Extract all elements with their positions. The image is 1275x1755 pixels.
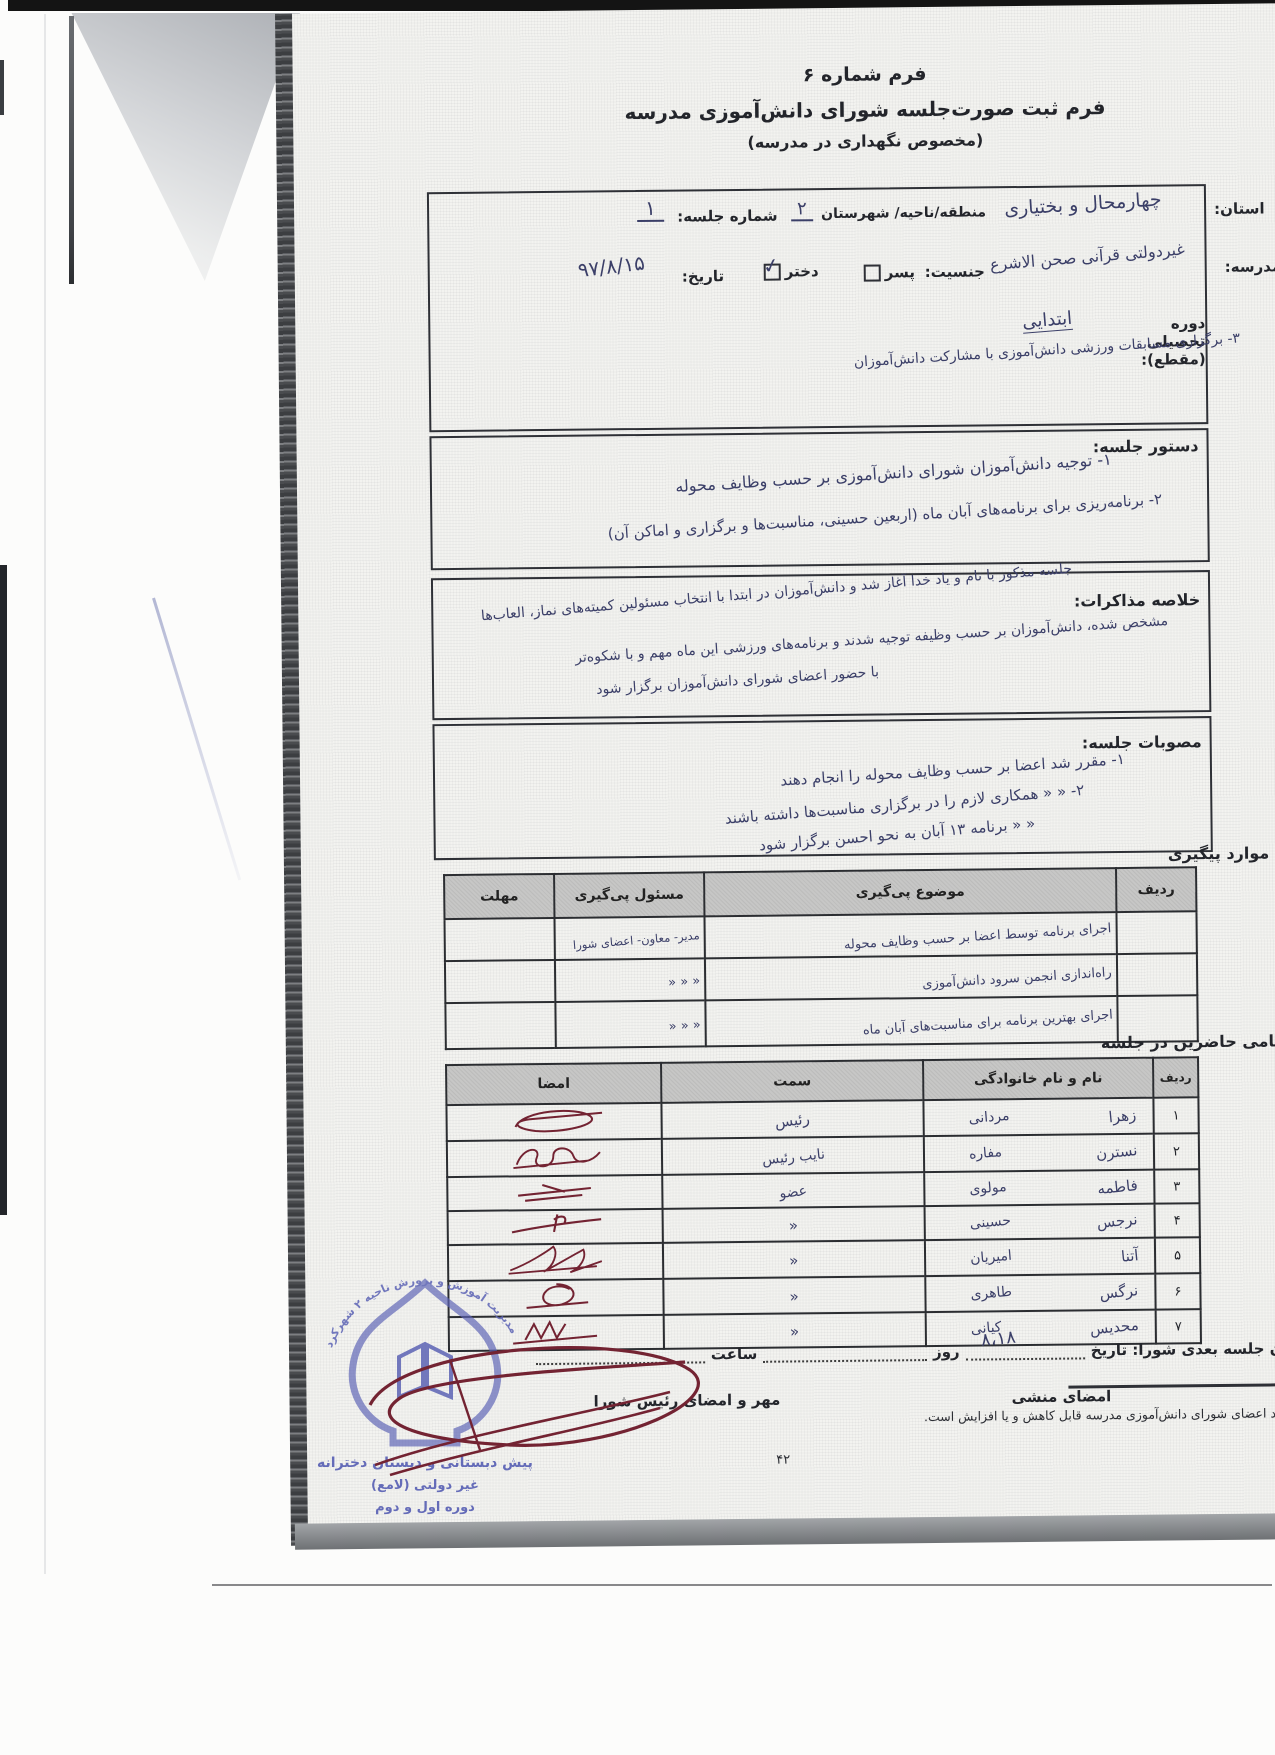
info-box: استان: چهارمحال و بختیاری منطقه/ناحیه/ ش… <box>427 184 1208 432</box>
scan-artifact-line <box>44 14 46 1574</box>
agenda-box: دستور جلسه: ۱- توجیه دانش‌آموزان شورای د… <box>429 428 1209 570</box>
attendees-col-radif: ردیف <box>1153 1057 1198 1097</box>
district-value: ۲ <box>791 198 813 221</box>
attendee-first-name: محدیس <box>1089 1316 1139 1339</box>
attendees-col-signature: امضا <box>446 1063 661 1105</box>
followup-section-label: موارد پیگیری <box>1168 843 1270 863</box>
date-label: تاریخ: <box>682 267 725 285</box>
page-title: فرم ثبت صورت‌جلسه شورای دانش‌آموزی مدرسه <box>565 95 1165 125</box>
district-label: منطقه/ناحیه/ شهرستان <box>821 204 986 222</box>
attendee-last-name: مولوی <box>969 1179 1007 1198</box>
footnote-divider <box>1068 1382 1275 1388</box>
attendee-first-name: نسترن <box>1095 1141 1138 1163</box>
secretary-signature-label: امضای منشی <box>1011 1387 1111 1406</box>
girl-checkbox: ✓ <box>764 264 781 281</box>
day-label: روز <box>933 1343 960 1361</box>
followup-topic: اجرای بهترین برنامه برای مناسبت‌های آبان… <box>862 1007 1113 1038</box>
attendee-last-name: مفاره <box>968 1144 1002 1163</box>
session-value: ۱ <box>637 196 664 222</box>
attendee-last-name: مردانی <box>968 1108 1010 1127</box>
signature-scribble <box>489 1104 619 1135</box>
province-value: چهارمحال و بختیاری <box>1004 188 1163 220</box>
girl-checkmark: ✓ <box>760 252 782 279</box>
next-meeting-date-value: ۸،۱۸ <box>980 1327 1017 1351</box>
summary-box: خلاصه مذاکرات: جلسه مذکور با نام و یاد خ… <box>431 570 1211 720</box>
attendee-last-name: حسینی <box>969 1213 1011 1232</box>
province-label: استان: <box>1214 199 1265 218</box>
summary-line: جلسه مذکور با نام و یاد خدا آغاز شد و دا… <box>481 561 1073 624</box>
day-dotted-line <box>763 1346 927 1363</box>
attendee-first-name: نرجس <box>1096 1210 1138 1232</box>
attendee-last-name: امیریان <box>969 1248 1012 1267</box>
resolutions-box: مصوبات جلسه: ۱- مقرر شد اعضا بر حسب وظای… <box>432 716 1212 860</box>
followup-deadline <box>445 960 555 1003</box>
attendees-col-name: نام و نام خانوادگی <box>923 1058 1153 1100</box>
resolutions-label: مصوبات جلسه: <box>1082 732 1202 752</box>
attendee-role: رئیس <box>774 1109 811 1131</box>
attendee-role: « <box>789 1321 800 1340</box>
agenda-item: ۱- توجیه دانش‌آموزان شورای دانش‌آموزی بر… <box>675 450 1112 496</box>
gender-girl-label: دختر <box>785 262 819 280</box>
scanned-document: فرم شماره ۶ فرم ثبت صورت‌جلسه شورای دانش… <box>0 0 1275 1755</box>
gender-label: جنسیت: <box>925 262 985 281</box>
session-label: شماره جلسه: <box>677 207 778 226</box>
followup-deadline <box>444 918 554 961</box>
paper-crease <box>152 598 241 881</box>
summary-line: مشخص شده، دانش‌آموزان بر حسب وظیفه توجیه… <box>575 613 1169 666</box>
attendee-first-name: فاطمه <box>1096 1176 1138 1198</box>
scanner-edge-line-small <box>0 60 4 115</box>
followup-topic: راه‌اندازی انجمن سرود دانش‌آموزی <box>922 965 1112 992</box>
school-label: مدرسه: <box>1225 257 1275 276</box>
followup-col-deadline: مهلت <box>444 874 554 919</box>
attendees-col-role: سمت <box>661 1060 923 1103</box>
attendee-first-name: آتنا <box>1120 1246 1139 1266</box>
followup-topic: اجرای برنامه توسط اعضا بر حسب وظایف محول… <box>844 921 1112 953</box>
followup-col-radif: ردیف <box>1116 867 1196 912</box>
attendee-no: ۱ <box>1153 1097 1198 1133</box>
followup-row: اجرای بهترین برنامه برای مناسبت‌های آبان… <box>445 995 1197 1049</box>
followup-col-topic: موضوع پی‌گیری <box>704 868 1116 916</box>
attendee-last-name: طاهری <box>970 1284 1013 1303</box>
signature-scribble <box>495 1210 615 1239</box>
grade-value: ابتدایی <box>1021 308 1073 334</box>
page-corner-fold-line <box>69 16 74 284</box>
followup-owner: « « « <box>668 1017 701 1034</box>
page-subtitle: (مخصوص نگهداری در مدرسه) <box>565 129 1165 154</box>
attendee-role: عضو <box>779 1182 808 1201</box>
attendee-first-name: نرگس <box>1099 1281 1139 1303</box>
attendee-no: ۴ <box>1155 1203 1200 1237</box>
attendee-no: ۲ <box>1154 1133 1199 1169</box>
attendee-no: ۶ <box>1155 1273 1200 1309</box>
page-number: ۴۲ <box>776 1453 790 1468</box>
gender-girl-option: دختر✓ <box>760 262 819 281</box>
gender-boy-option: پسر <box>860 263 915 282</box>
date-value: ۹۷/۸/۱۵ <box>577 251 647 283</box>
stamp-line3: دوره اول و دوم <box>375 1500 475 1515</box>
president-signature <box>330 1300 760 1500</box>
signature-scribble <box>500 1177 610 1204</box>
attendee-role: « <box>789 1286 800 1305</box>
summary-line: با حضور اعضای شورای دانش‌آموزان برگزار ش… <box>596 664 880 698</box>
school-value: غیردولتی قرآنی صحن الاشرع <box>989 240 1185 275</box>
followup-col-owner: مسئول پی‌گیری <box>554 872 704 918</box>
attendees-section-label: اسامی حاضرین در جلسه <box>1101 1031 1275 1052</box>
followup-owner: مدیر- معاون- اعضای شورا <box>572 928 700 952</box>
followup-deadline <box>445 1002 555 1049</box>
page-corner-fold <box>62 13 300 281</box>
next-meeting-label: زمان جلسه بعدی شورا: تاریخ <box>1091 1339 1275 1359</box>
attendee-role: « <box>788 1250 799 1269</box>
agenda-item: ۲- برنامه‌ریزی برای برنامه‌های آبان ماه … <box>607 490 1162 543</box>
boy-checkbox <box>864 264 881 281</box>
attendee-role: نایب رئیس <box>761 1146 825 1168</box>
form-number: فرم شماره ۶ <box>565 61 1165 89</box>
attendee-first-name: زهرا <box>1108 1106 1137 1127</box>
followup-table: ردیف موضوع پی‌گیری مسئول پی‌گیری مهلت اج… <box>443 866 1199 1050</box>
attendee-no: ۳ <box>1154 1169 1199 1203</box>
followup-owner: « « « <box>668 973 701 990</box>
signature-scribble <box>494 1140 614 1171</box>
gender-boy-label: پسر <box>885 263 915 281</box>
attendee-no: ۷ <box>1156 1309 1201 1343</box>
attendee-role: « <box>788 1215 799 1234</box>
summary-label: خلاصه مذاکرات: <box>1074 590 1200 610</box>
attendee-no: ۵ <box>1155 1237 1200 1273</box>
scanner-edge-line <box>0 565 7 1215</box>
scanner-artifact-line <box>212 1584 1272 1586</box>
